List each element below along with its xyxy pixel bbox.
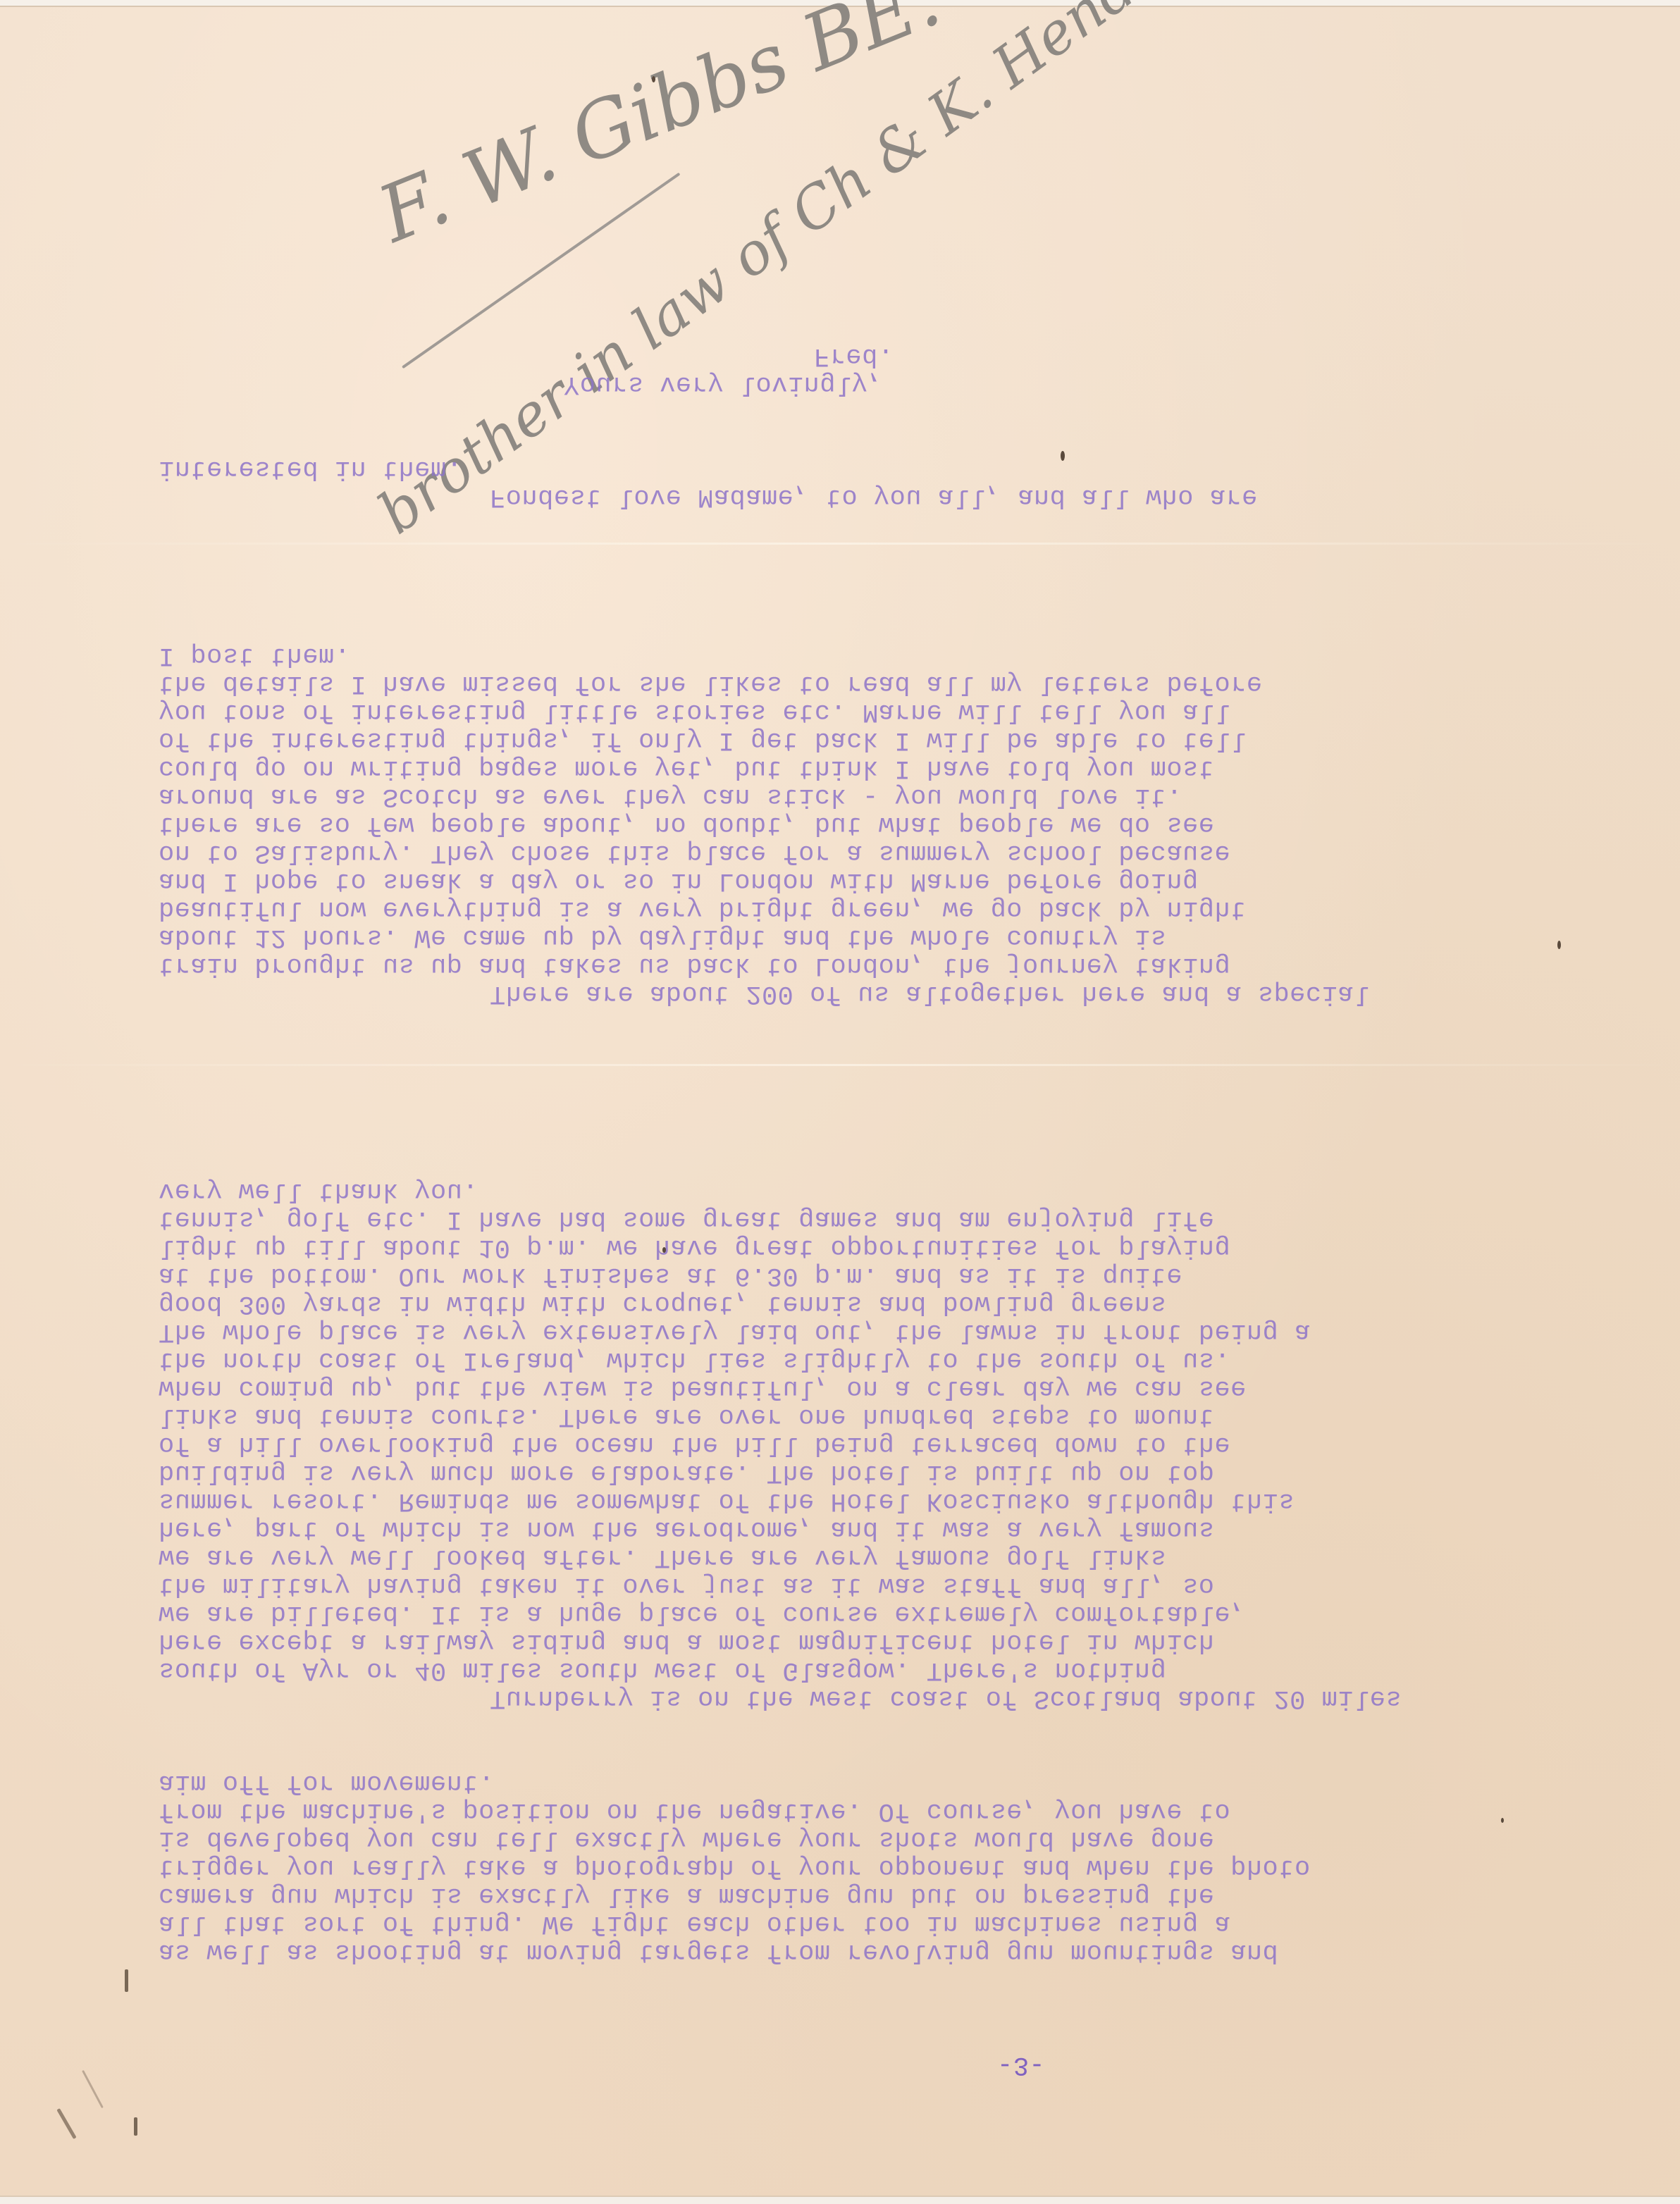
typed-line: of the interesting things, if only I get…	[159, 726, 1660, 754]
typed-line: trigger you really take a photograph of …	[159, 1853, 1660, 1881]
typed-line: Turnberry is on the west coast of Scotla…	[159, 1684, 1660, 1712]
typed-line: beautiful now everything is a very brigh…	[159, 895, 1660, 923]
typed-line: camera gun which is exactly like a machi…	[159, 1881, 1660, 1909]
page-number-text: -3-	[997, 2050, 1082, 2079]
typed-line: aim off for movement.	[159, 1769, 1660, 1797]
typed-line: about 12 hours. We came up by daylight a…	[159, 923, 1660, 951]
typed-line: at the bottom. Our work finishes at 6.30…	[159, 1261, 1660, 1289]
typed-line: The whole place is very extensively laid…	[159, 1318, 1660, 1346]
typed-line: you tons of interesting little stories e…	[159, 698, 1660, 726]
typed-letter-body: -3- as well as shooting at moving target…	[159, 338, 1660, 2086]
paragraph-special-train: There are about 200 of us altogether her…	[159, 641, 1660, 1008]
typed-line: on to Salisbury. They chose this place f…	[159, 838, 1660, 867]
typed-line: all that sort of thing. We fight each ot…	[159, 1909, 1660, 1938]
typed-line: the details I have missed for she likes …	[159, 669, 1660, 698]
typed-line: from the machine's position on the negat…	[159, 1797, 1660, 1825]
paragraph-fondest-love: Fondest love Madame, to you all, and all…	[159, 454, 1660, 511]
typed-line: here, part of which is now the aerodrome…	[159, 1515, 1660, 1543]
typed-line: very well thank you.	[159, 1177, 1660, 1205]
typed-line: around are as Scotch as ever they can st…	[159, 782, 1660, 810]
typed-line: of a hill overlooking the ocean the hill…	[159, 1430, 1660, 1459]
typed-line: as well as shooting at moving targets fr…	[159, 1938, 1660, 1966]
typed-line: could go on writing pages more yet, but …	[159, 754, 1660, 782]
paragraph-turnberry: Turnberry is on the west coast of Scotla…	[159, 1177, 1660, 1712]
typed-line: south of Ayr or 40 miles south west of G…	[159, 1656, 1660, 1684]
typed-line: there are so few people about, no doubt,…	[159, 810, 1660, 838]
typed-line: we are billeted. It is a huge place of c…	[159, 1599, 1660, 1628]
page-number: -3-	[997, 2050, 1082, 2079]
typed-line: light up till about 10 p.m. we have grea…	[159, 1233, 1660, 1261]
typed-line: building is very much more elaborate. Th…	[159, 1459, 1660, 1487]
typed-line: There are about 200 of us altogether her…	[159, 979, 1660, 1008]
typed-line: tennis, golf etc. I have had some great …	[159, 1205, 1660, 1233]
typed-line: when coming up, but the view is beautifu…	[159, 1374, 1660, 1402]
typed-line: summer resort. Reminds me somewhat of th…	[159, 1487, 1660, 1515]
signature-line: Fred.	[564, 342, 1680, 370]
margin-mark	[134, 2117, 137, 2136]
typed-line: Fondest love Madame, to you all, and all…	[159, 483, 1660, 511]
typed-line: is developed you can tell exactly where …	[159, 1825, 1660, 1853]
typed-line: and I hope to sneak a day or so in Londo…	[159, 867, 1660, 895]
typed-line: interested in them.	[159, 454, 1660, 483]
typed-line: train brought us up and takes us back to…	[159, 951, 1660, 979]
signoff-block: Yours very lovingly, Fred.	[564, 342, 1680, 398]
typed-line: good 300 yards in width with croquet, te…	[159, 1289, 1660, 1318]
typed-line: I post them.	[159, 641, 1660, 669]
scan-bottom-edge	[0, 2196, 1680, 2204]
typed-line: here except a railway siding and a most …	[159, 1628, 1660, 1656]
typed-line: the north coast of Ireland, which lies s…	[159, 1346, 1660, 1374]
paragraph-gunnery: as well as shooting at moving targets fr…	[159, 1769, 1660, 1966]
closing-line: Yours very lovingly,	[564, 370, 1680, 398]
typed-line: we are very well looked after. There are…	[159, 1543, 1660, 1571]
typed-line: links and tennis courts. There are over …	[159, 1402, 1660, 1430]
margin-mark	[125, 1969, 128, 1992]
typed-line: the military having taken it over just a…	[159, 1571, 1660, 1599]
